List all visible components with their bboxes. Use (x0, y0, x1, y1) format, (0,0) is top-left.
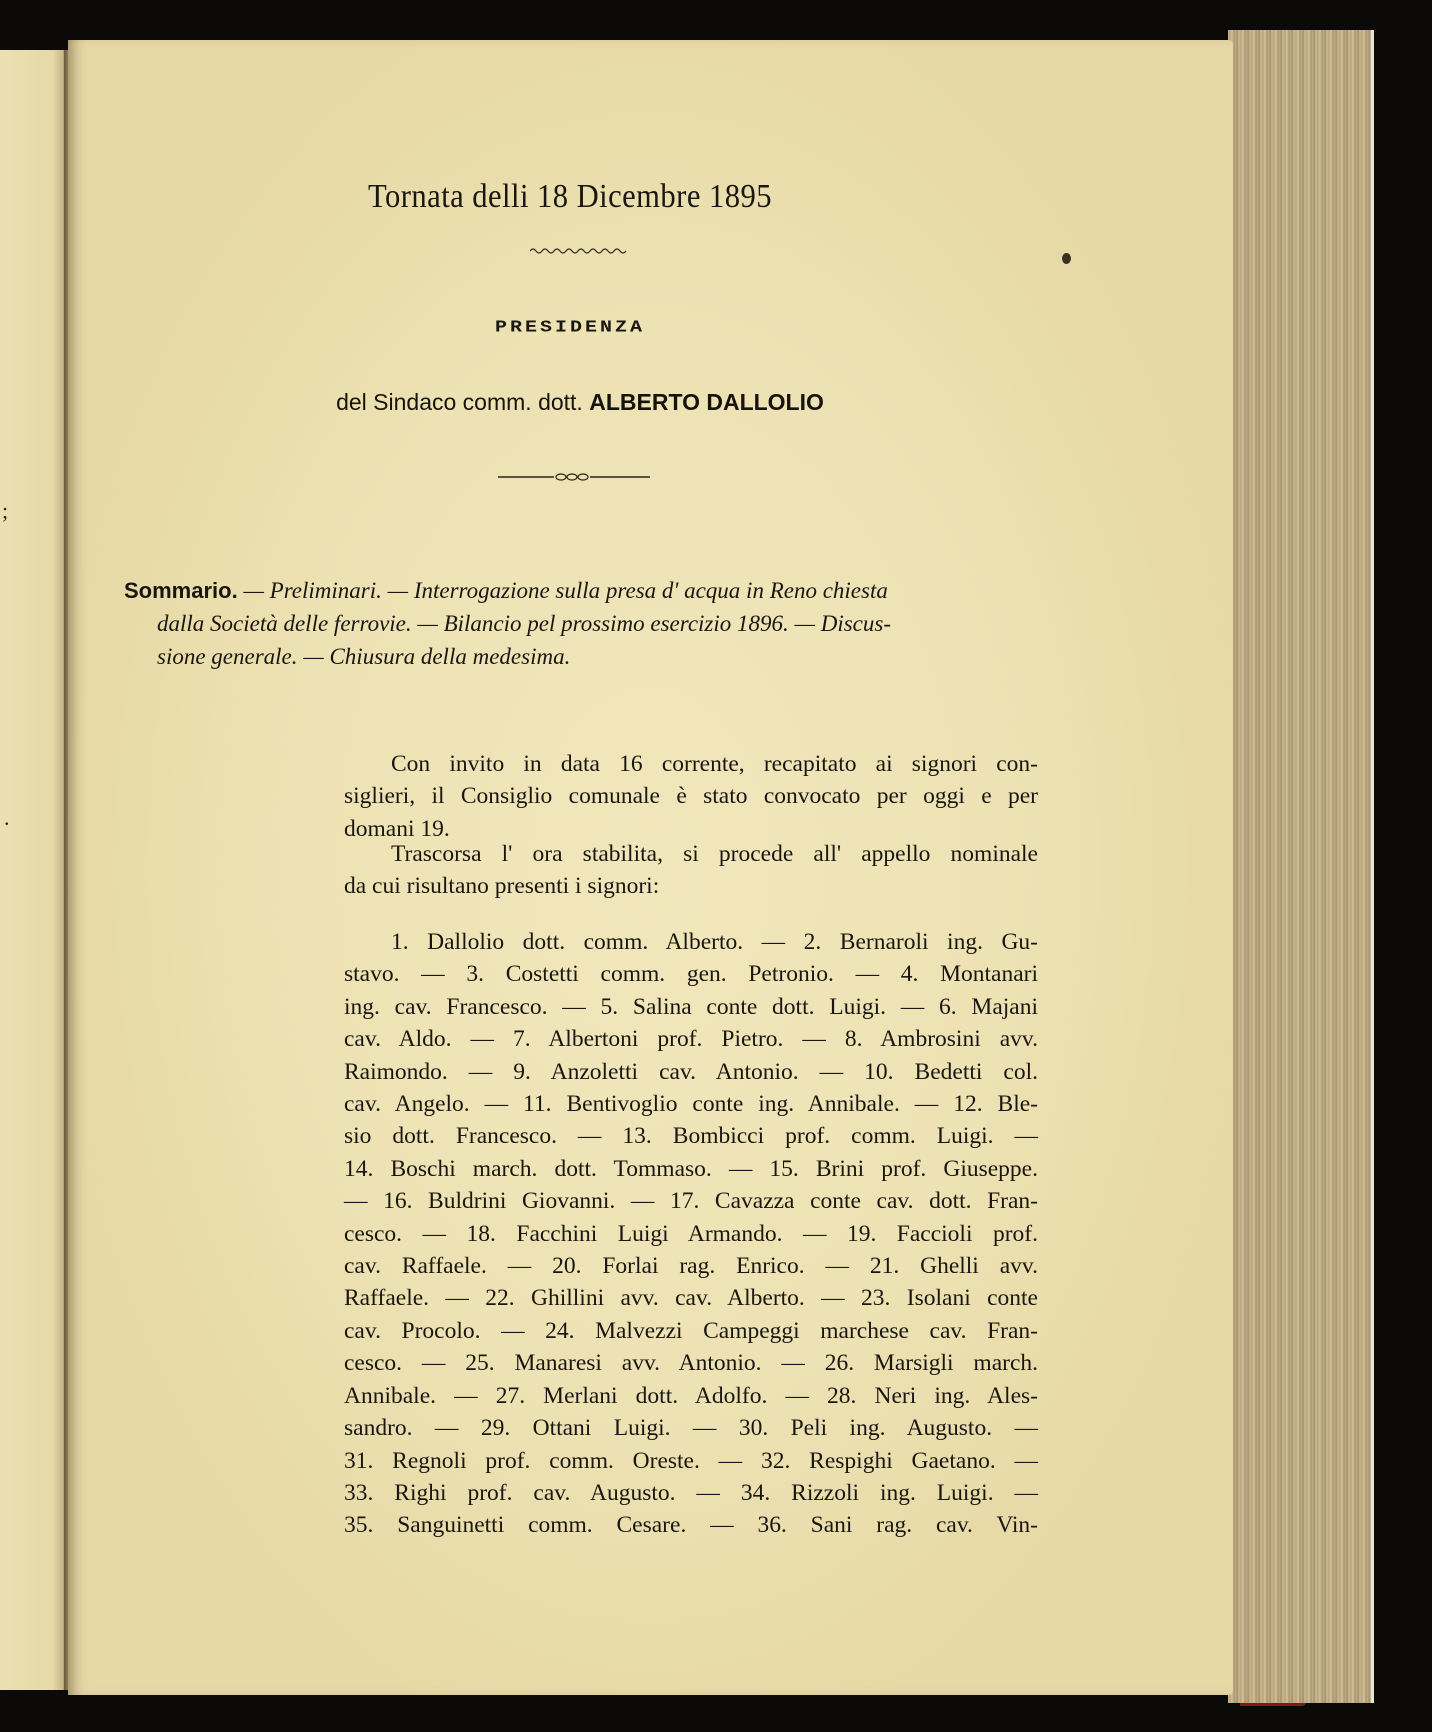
attendee-line: 31. Regnoli prof. comm. Oreste. — 32. Re… (344, 1445, 1038, 1477)
summary-lead: Sommario. (124, 578, 238, 603)
attendee-line: cav. Procolo. — 24. Malvezzi Campeggi ma… (344, 1315, 1038, 1347)
attendee-line: sandro. — 29. Ottani Luigi. — 30. Peli i… (344, 1412, 1038, 1444)
attendees-list-paragraph: 1. Dallolio dott. comm. Alberto. — 2. Be… (344, 926, 1038, 1542)
summary-line: sione generale. — Chiusura della medesim… (124, 640, 1042, 673)
sindaco-prefix: del Sindaco comm. dott. (336, 389, 583, 415)
attendee-line: cav. Aldo. — 7. Albertoni prof. Pietro. … (344, 1023, 1038, 1055)
rule-ornament-icon (498, 470, 650, 484)
paragraph-line: da cui risultano presenti i signori: (344, 870, 1038, 902)
wavy-ornament-icon (530, 246, 630, 256)
document-page: Tornata delli 18 Dicembre 1895 PRESIDENZ… (0, 0, 1432, 1732)
paragraph-line: Con invito in data 16 corrente, recapita… (344, 748, 1038, 780)
attendee-line: stavo. — 3. Costetti comm. gen. Petronio… (344, 958, 1038, 990)
attendee-line: Raffaele. — 22. Ghillini avv. cav. Alber… (344, 1282, 1038, 1314)
attendee-line: cav. Angelo. — 11. Bentivoglio conte ing… (344, 1088, 1038, 1120)
attendee-line: cav. Raffaele. — 20. Forlai rag. Enrico.… (344, 1250, 1038, 1282)
summary-text: — Preliminari. — Interrogazione sulla pr… (238, 578, 888, 603)
convocation-paragraph: Con invito in data 16 corrente, recapita… (344, 748, 1038, 845)
summary-line: Sommario. — Preliminari. — Interrogazion… (124, 574, 1042, 607)
attendee-line: 14. Boschi march. dott. Tommaso. — 15. B… (344, 1153, 1038, 1185)
attendee-line: cesco. — 25. Manaresi avv. Antonio. — 26… (344, 1347, 1038, 1379)
attendee-line: ing. cav. Francesco. — 5. Salina conte d… (344, 991, 1038, 1023)
sindaco-name: ALBERTO DALLOLIO (589, 389, 824, 415)
summary-line: dalla Società delle ferrovie. — Bilancio… (124, 607, 1042, 640)
attendee-line: sio dott. Francesco. — 13. Bombicci prof… (344, 1120, 1038, 1152)
attendee-line: 1. Dallolio dott. comm. Alberto. — 2. Be… (344, 926, 1038, 958)
session-title: Tornata delli 18 Dicembre 1895 (327, 178, 813, 216)
attendee-line: — 16. Buldrini Giovanni. — 17. Cavazza c… (344, 1185, 1038, 1217)
attendee-line: Annibale. — 27. Merlani dott. Adolfo. — … (344, 1380, 1038, 1412)
presiding-mayor-line: del Sindaco comm. dott. ALBERTO DALLOLIO (230, 389, 930, 416)
attendee-line: 35. Sanguinetti comm. Cesare. — 36. Sani… (344, 1509, 1038, 1541)
summary-block: Sommario. — Preliminari. — Interrogazion… (124, 574, 1042, 673)
roll-call-intro-paragraph: Trascorsa l' ora stabilita, si procede a… (344, 838, 1038, 903)
attendee-line: cesco. — 18. Facchini Luigi Armando. — 1… (344, 1218, 1038, 1250)
presidenza-heading: PRESIDENZA (300, 318, 840, 338)
paragraph-line: siglieri, il Consiglio comunale è stato … (344, 780, 1038, 812)
attendee-line: Raimondo. — 9. Anzoletti cav. Antonio. —… (344, 1056, 1038, 1088)
attendee-line: 33. Righi prof. cav. Augusto. — 34. Rizz… (344, 1477, 1038, 1509)
paragraph-line: Trascorsa l' ora stabilita, si procede a… (344, 838, 1038, 870)
